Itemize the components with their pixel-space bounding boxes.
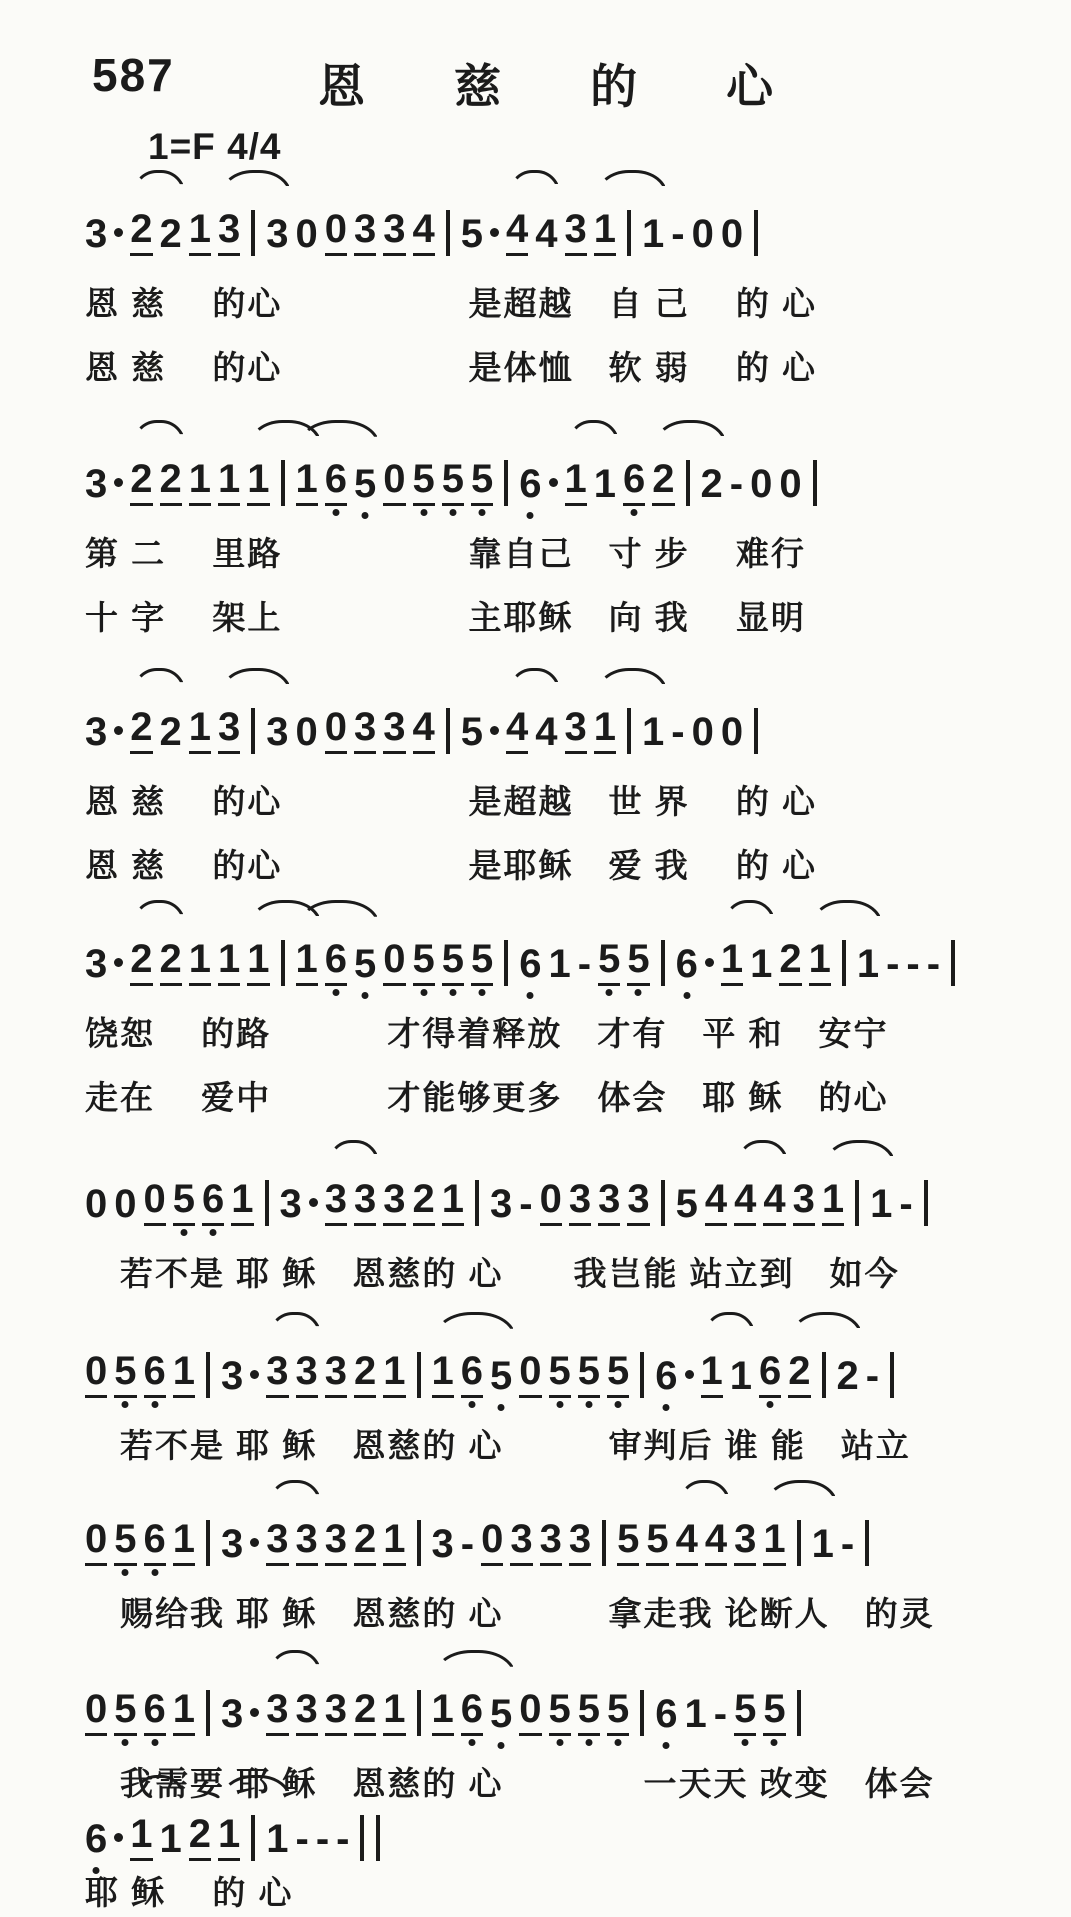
slur-arc [811, 900, 883, 926]
system-9: 611211---耶 稣 的 心 [85, 1775, 1061, 1913]
slur-arc [132, 420, 186, 446]
system-6: 05613333211650555611622- 若不是 耶 稣 恩慈的 心 审… [85, 1312, 1061, 1466]
note: 5 [490, 1692, 512, 1736]
augmentation-dot [250, 1708, 259, 1717]
barline [951, 940, 955, 986]
barline [754, 708, 758, 754]
duration-dash: - [578, 942, 591, 986]
slur-arc [654, 420, 727, 446]
barline [251, 210, 255, 256]
note: 5 [578, 1349, 600, 1398]
slur-arc [596, 170, 668, 196]
note: 3 [432, 1522, 454, 1566]
note: 1 [730, 1354, 752, 1398]
note: 1 [173, 1687, 195, 1736]
barline [265, 1180, 269, 1226]
note: 3 [85, 462, 107, 506]
augmentation-dot [250, 1370, 259, 1379]
duration-dash: - [906, 942, 919, 986]
notation-line: 05613333213-03335544311- [85, 1480, 1061, 1566]
note: 2 [354, 1687, 376, 1736]
slur-arc [220, 170, 292, 196]
slur-arc [220, 668, 292, 694]
note: 6 [85, 1817, 107, 1861]
note: 3 [490, 1182, 512, 1226]
duration-dash: - [519, 1182, 532, 1226]
augmentation-dot [490, 228, 499, 237]
augmentation-dot [309, 1198, 318, 1207]
note: 4 [506, 705, 528, 754]
slur-arc [596, 668, 668, 694]
note: 1 [857, 942, 879, 986]
system-3: 32213300334544311-00恩 慈 的心 是超越 世 界 的 心恩 … [85, 668, 1061, 886]
note: 2 [160, 457, 182, 506]
note: 4 [763, 1177, 785, 1226]
lyric-line: 赐给我 耶 稣 恩慈的 心 拿走我 论断人 的灵 [85, 1594, 1061, 1634]
note: 1 [594, 207, 616, 256]
note: 1 [173, 1349, 195, 1398]
note: 6 [655, 1354, 677, 1398]
note: 2 [779, 937, 801, 986]
note: 2 [354, 1517, 376, 1566]
barline [797, 1520, 801, 1566]
note: 5 [413, 457, 435, 506]
note: 3 [383, 1177, 405, 1226]
barline [627, 210, 631, 256]
note: 4 [734, 1177, 756, 1226]
slur-arc [703, 1312, 756, 1338]
note: 1 [870, 1182, 892, 1226]
note: 1 [565, 457, 587, 506]
barline [281, 460, 285, 506]
note: 6 [144, 1517, 166, 1566]
barline [417, 1520, 421, 1566]
note: 1 [383, 1517, 405, 1566]
note: 5 [598, 937, 620, 986]
note: 5 [413, 937, 435, 986]
note: 3 [569, 1517, 591, 1566]
note: 3 [325, 1517, 347, 1566]
note: 3 [383, 207, 405, 256]
barline [640, 1690, 644, 1736]
note: 3 [540, 1517, 562, 1566]
slur-arc [765, 1480, 838, 1506]
note: 1 [685, 1692, 707, 1736]
system-4: 322111165055561-55611211---饶恕 的路 才得着释放 才… [85, 900, 1061, 1118]
note: 5 [471, 457, 493, 506]
note: 1 [218, 1812, 240, 1861]
note: 1 [642, 710, 664, 754]
slur-arc [268, 1650, 322, 1676]
note: 4 [413, 705, 435, 754]
note: 5 [734, 1687, 756, 1736]
note: 5 [354, 462, 376, 506]
final-barline [360, 1815, 380, 1861]
barline [206, 1520, 210, 1566]
barline [251, 1815, 255, 1861]
note: 1 [809, 937, 831, 986]
barline [206, 1352, 210, 1398]
rest: 0 [85, 1687, 107, 1736]
rest: 0 [296, 212, 318, 256]
note: 3 [296, 1349, 318, 1398]
rest: 0 [519, 1687, 541, 1736]
rest: 0 [144, 1177, 166, 1226]
note: 6 [623, 457, 645, 506]
note: 1 [812, 1522, 834, 1566]
note: 4 [676, 1517, 698, 1566]
note: 3 [266, 1687, 288, 1736]
barline [797, 1690, 801, 1736]
note: 3 [325, 1687, 347, 1736]
system-2: 3221111650555611622-00第 二 里路 靠自己 寸 步 难行十… [85, 420, 1061, 638]
note: 3 [734, 1517, 756, 1566]
note: 3 [354, 705, 376, 754]
note: 1 [189, 705, 211, 754]
note: 3 [354, 207, 376, 256]
lyric-line: 恩 慈 的心 是耶稣 爱 我 的 心 [85, 846, 1061, 886]
note: 6 [759, 1349, 781, 1398]
note: 2 [413, 1177, 435, 1226]
augmentation-dot [705, 958, 714, 967]
note: 3 [266, 1349, 288, 1398]
note: 2 [160, 710, 182, 754]
lyric-line: 若不是 耶 稣 恩慈的 心 我岂能 站立到 如今 [85, 1254, 1061, 1294]
note: 1 [189, 937, 211, 986]
duration-dash: - [671, 212, 684, 256]
barline [627, 708, 631, 754]
note: 3 [266, 212, 288, 256]
slur-arc [327, 1140, 380, 1166]
note: 5 [607, 1687, 629, 1736]
slur-arc [132, 170, 186, 196]
slur-arc [824, 1140, 896, 1166]
note: 3 [598, 1177, 620, 1226]
note: 1 [266, 1817, 288, 1861]
lyric-line: 走在 爱中 才能够更多 体会 耶 稣 的心 [85, 1078, 1061, 1118]
note: 2 [701, 462, 723, 506]
note: 2 [652, 457, 674, 506]
note: 3 [221, 1692, 243, 1736]
note: 3 [565, 207, 587, 256]
note: 2 [130, 457, 152, 506]
note: 5 [646, 1517, 668, 1566]
slur-arc [132, 668, 186, 694]
note: 3 [218, 207, 240, 256]
note: 3 [85, 942, 107, 986]
note: 1 [701, 1349, 723, 1398]
rest: 0 [85, 1182, 107, 1226]
duration-dash: - [316, 1817, 329, 1861]
note: 1 [549, 942, 571, 986]
note: 5 [549, 1687, 571, 1736]
note: 5 [676, 1182, 698, 1226]
lyric-line: 若不是 耶 稣 恩慈的 心 审判后 谁 能 站立 [85, 1426, 1061, 1466]
barline [661, 940, 665, 986]
rest: 0 [383, 937, 405, 986]
note: 2 [160, 937, 182, 986]
note: 3 [218, 705, 240, 754]
barline [417, 1352, 421, 1398]
note: 2 [130, 937, 152, 986]
note: 2 [354, 1349, 376, 1398]
rest: 0 [296, 710, 318, 754]
rest: 0 [325, 207, 347, 256]
note: 5 [173, 1177, 195, 1226]
slur-arc [567, 420, 620, 446]
duration-dash: - [730, 462, 743, 506]
barline [890, 1352, 894, 1398]
augmentation-dot [114, 228, 123, 237]
barline [446, 210, 450, 256]
note: 4 [506, 207, 528, 256]
notation-line: 0561333321165055561-55 [85, 1650, 1061, 1736]
note: 1 [432, 1687, 454, 1736]
rest: 0 [779, 462, 801, 506]
note: 6 [144, 1687, 166, 1736]
duration-dash: - [336, 1817, 349, 1861]
note: 3 [569, 1177, 591, 1226]
barline [754, 210, 758, 256]
note: 3 [354, 1177, 376, 1226]
rest: 0 [325, 705, 347, 754]
barline [640, 1352, 644, 1398]
barline [504, 460, 508, 506]
note: 1 [296, 937, 318, 986]
note: 1 [750, 942, 772, 986]
slur-arc [434, 1650, 516, 1676]
note: 5 [578, 1687, 600, 1736]
note: 6 [461, 1687, 483, 1736]
barline [661, 1180, 665, 1226]
note: 2 [788, 1349, 810, 1398]
rest: 0 [692, 212, 714, 256]
note: 5 [114, 1687, 136, 1736]
note: 3 [296, 1517, 318, 1566]
rest: 0 [750, 462, 772, 506]
barline [206, 1690, 210, 1736]
lyric-line: 耶 稣 的 心 [85, 1873, 1061, 1913]
note: 5 [442, 937, 464, 986]
notation-line: 05613333211650555611622- [85, 1312, 1061, 1398]
system-5: 0005613333213-03335444311- 若不是 耶 稣 恩慈的 心… [85, 1140, 1061, 1294]
rest: 0 [114, 1182, 136, 1226]
note: 6 [202, 1177, 224, 1226]
note: 2 [837, 1354, 859, 1398]
note: 4 [413, 207, 435, 256]
system-1: 32213300334544311-00恩 慈 的心 是超越 自 己 的 心恩 … [85, 170, 1061, 388]
note: 3 [85, 212, 107, 256]
rest: 0 [540, 1177, 562, 1226]
note: 3 [325, 1177, 347, 1226]
duration-dash: - [714, 1692, 727, 1736]
duration-dash: - [461, 1522, 474, 1566]
note: 6 [519, 942, 541, 986]
barline [855, 1180, 859, 1226]
note: 1 [296, 457, 318, 506]
lyric-line: 饶恕 的路 才得着释放 才有 平 和 安宁 [85, 1014, 1061, 1054]
augmentation-dot [114, 726, 123, 735]
duration-dash: - [866, 1354, 879, 1398]
note: 3 [510, 1517, 532, 1566]
lyric-line: 第 二 里路 靠自己 寸 步 难行 [85, 534, 1061, 574]
note: 1 [642, 212, 664, 256]
note: 5 [471, 937, 493, 986]
lyric-line: 恩 慈 的心 是超越 世 界 的 心 [85, 782, 1061, 822]
rest: 0 [85, 1517, 107, 1566]
barline [602, 1520, 606, 1566]
note: 3 [266, 710, 288, 754]
note: 3 [221, 1522, 243, 1566]
note: 3 [383, 705, 405, 754]
rest: 0 [481, 1517, 503, 1566]
barline [417, 1690, 421, 1736]
notation-line: 611211--- [85, 1775, 1061, 1861]
note: 5 [461, 710, 483, 754]
note: 3 [221, 1354, 243, 1398]
augmentation-dot [490, 726, 499, 735]
note: 6 [325, 937, 347, 986]
note: 1 [218, 457, 240, 506]
note: 3 [793, 1177, 815, 1226]
slur-arc [132, 1775, 186, 1801]
notation-line: 0005613333213-03335444311- [85, 1140, 1061, 1226]
duration-dash: - [886, 942, 899, 986]
note: 1 [594, 462, 616, 506]
duration-dash: - [899, 1182, 912, 1226]
system-7: 05613333213-03335544311- 赐给我 耶 稣 恩慈的 心 拿… [85, 1480, 1061, 1634]
slur-arc [268, 1312, 322, 1338]
augmentation-dot [685, 1370, 694, 1379]
note: 6 [144, 1349, 166, 1398]
sheet-music-page: 587 恩 慈 的 心 1=F 4/4 32213300334544311-00… [0, 0, 1071, 1917]
lyric-line: 恩 慈 的心 是超越 自 己 的 心 [85, 284, 1061, 324]
note: 2 [160, 212, 182, 256]
note: 4 [535, 212, 557, 256]
augmentation-dot [114, 958, 123, 967]
note: 4 [705, 1177, 727, 1226]
augmentation-dot [250, 1538, 259, 1547]
slur-arc [790, 1312, 863, 1338]
duration-dash: - [671, 710, 684, 754]
note: 1 [594, 705, 616, 754]
note: 1 [822, 1177, 844, 1226]
slur-arc [508, 170, 561, 196]
lyric-line: 恩 慈 的心 是体恤 软 弱 的 心 [85, 348, 1061, 388]
barline [504, 940, 508, 986]
notation-line: 32213300334544311-00 [85, 170, 1061, 256]
note: 3 [85, 710, 107, 754]
note: 6 [325, 457, 347, 506]
rest: 0 [721, 212, 743, 256]
augmentation-dot [114, 1833, 123, 1842]
note: 2 [189, 1812, 211, 1861]
note: 5 [549, 1349, 571, 1398]
note: 6 [655, 1692, 677, 1736]
augmentation-dot [549, 478, 558, 487]
note: 4 [705, 1517, 727, 1566]
barline [446, 708, 450, 754]
rest: 0 [692, 710, 714, 754]
barline [686, 460, 690, 506]
note: 1 [231, 1177, 253, 1226]
barline [281, 940, 285, 986]
note: 1 [721, 937, 743, 986]
duration-dash: - [296, 1817, 309, 1861]
rest: 0 [383, 457, 405, 506]
duration-dash: - [927, 942, 940, 986]
note: 5 [490, 1354, 512, 1398]
note: 6 [676, 942, 698, 986]
note: 1 [218, 937, 240, 986]
slur-arc [678, 1480, 731, 1506]
slur-arc [434, 1312, 516, 1338]
note: 5 [114, 1349, 136, 1398]
note: 3 [280, 1182, 302, 1226]
slur-arc [723, 900, 776, 926]
note: 6 [519, 462, 541, 506]
barline [475, 1180, 479, 1226]
slur-arc [508, 668, 561, 694]
rest: 0 [721, 710, 743, 754]
barline [865, 1520, 869, 1566]
slur-arc [736, 1140, 789, 1166]
score: 32213300334544311-00恩 慈 的心 是超越 自 己 的 心恩 … [0, 0, 1071, 1917]
note: 1 [442, 1177, 464, 1226]
notation-line: 322111165055561-55611211--- [85, 900, 1061, 986]
slur-arc [298, 420, 380, 446]
note: 1 [763, 1517, 785, 1566]
note: 3 [325, 1349, 347, 1398]
note: 4 [535, 710, 557, 754]
note: 5 [114, 1517, 136, 1566]
slur-arc [220, 1775, 292, 1801]
note: 1 [189, 457, 211, 506]
barline [842, 940, 846, 986]
note: 5 [354, 942, 376, 986]
rest: 0 [519, 1349, 541, 1398]
note: 2 [130, 705, 152, 754]
note: 1 [247, 457, 269, 506]
duration-dash: - [841, 1522, 854, 1566]
note: 3 [565, 705, 587, 754]
barline [813, 460, 817, 506]
note: 5 [461, 212, 483, 256]
note: 3 [266, 1517, 288, 1566]
barline [822, 1352, 826, 1398]
note: 5 [442, 457, 464, 506]
slur-arc [268, 1480, 322, 1506]
note: 5 [627, 937, 649, 986]
barline [924, 1180, 928, 1226]
augmentation-dot [114, 478, 123, 487]
barline [251, 708, 255, 754]
notation-line: 32213300334544311-00 [85, 668, 1061, 754]
note: 1 [160, 1817, 182, 1861]
notation-line: 3221111650555611622-00 [85, 420, 1061, 506]
slur-arc [132, 900, 186, 926]
note: 5 [607, 1349, 629, 1398]
rest: 0 [85, 1349, 107, 1398]
note: 1 [247, 937, 269, 986]
note: 1 [432, 1349, 454, 1398]
note: 3 [296, 1687, 318, 1736]
note: 1 [383, 1349, 405, 1398]
note: 1 [173, 1517, 195, 1566]
slur-arc [298, 900, 380, 926]
note: 1 [189, 207, 211, 256]
lyric-line: 十 字 架上 主耶稣 向 我 显明 [85, 598, 1061, 638]
